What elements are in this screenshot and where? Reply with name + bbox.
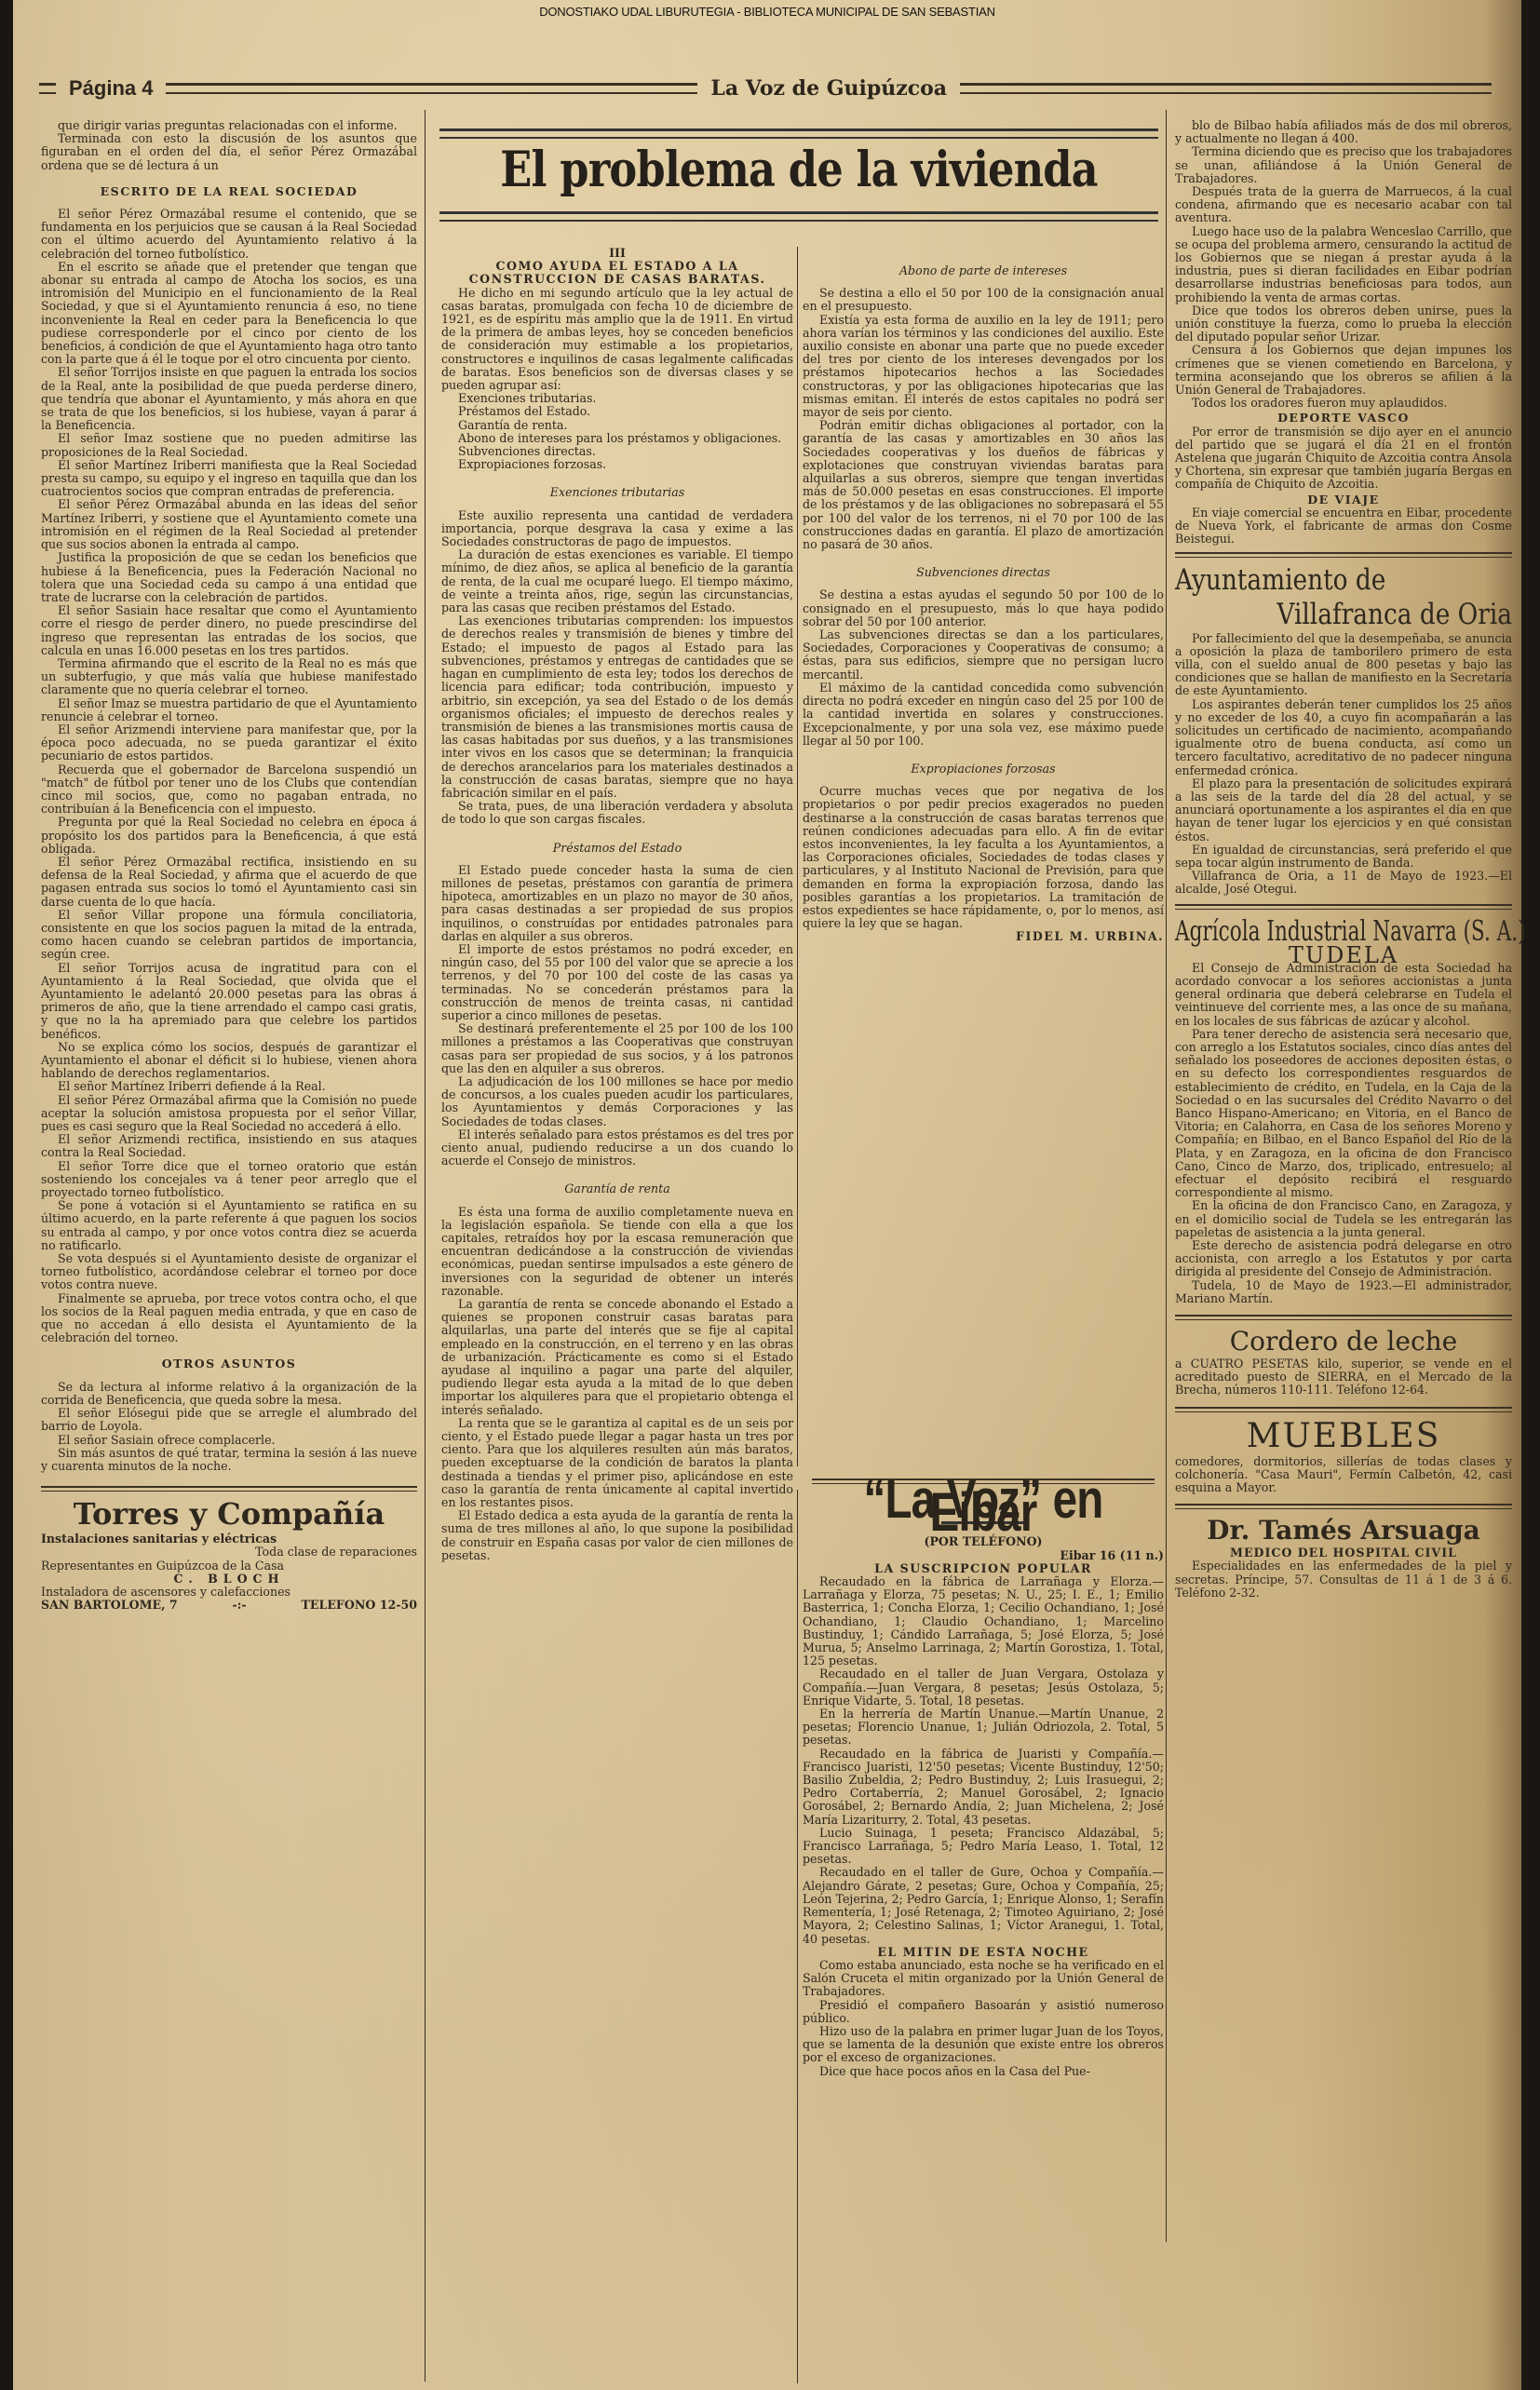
subscription-paragraph: Recaudado en la fábrica de Juaristi y Co… [803, 1748, 1164, 1827]
article-paragraph: Este auxilio representa una cantidad de … [441, 509, 793, 549]
article-paragraph: Existía ya esta forma de auxilio en la l… [803, 314, 1164, 420]
benefit-list-item: Subvenciones directas. [441, 445, 793, 458]
report-paragraph: El señor Pérez Ormazábal abunda en las i… [41, 498, 417, 551]
ad-text: Especialidades en las enfermedades de la… [1175, 1560, 1512, 1600]
ad-title: Dr. Tamés Arsuaga [1175, 1515, 1512, 1546]
column-divider [797, 1490, 798, 2383]
report-paragraph: El señor Arizmendi interviene para manif… [41, 723, 417, 763]
article-paragraph: Se trata, pues, de una liberación verdad… [441, 800, 793, 826]
report-paragraph: El señor Pérez Ormazábal afirma que la C… [41, 1094, 417, 1134]
ad-cordero: Cordero de leche a CUATRO PESETAS kilo, … [1175, 1326, 1512, 1398]
ad-title: MUEBLES [1175, 1418, 1512, 1455]
news-paragraph: Dice que hace pocos años en la Casa del … [803, 2065, 1164, 2078]
article-title-box: El problema de la vivienda [439, 128, 1158, 222]
article-paragraph: El máximo de la cantidad concedida como … [803, 682, 1164, 748]
news-paragraph: Presidió el compañero Basoarán y asistió… [803, 1999, 1164, 2025]
ad-divider [1175, 1407, 1512, 1412]
article-title: El problema de la vivienda [490, 142, 1108, 198]
news-paragraph: Termina diciendo que es preciso que los … [1175, 145, 1512, 185]
ad-phone: TELEFONO 12-50 [302, 1599, 417, 1612]
ad-divider [1175, 904, 1512, 910]
article-intro: He dicho en mi segundo artículo que la l… [441, 287, 793, 393]
article-paragraph: Se destina a ello el 50 por 100 de la co… [803, 287, 1164, 313]
report-paragraph: El señor Martínez Iriberri defiende á la… [41, 1080, 417, 1093]
column-council-report: que dirigir varias preguntas relacionada… [41, 119, 417, 1612]
ad-muebles: MUEBLES comedores, dormitorios, sillería… [1175, 1418, 1512, 1495]
newspaper-name: La Voz de Guipúzcoa [710, 76, 947, 101]
page-number: Página 4 [69, 76, 153, 101]
eibar-dateline: Eibar 16 (11 n.) [803, 1549, 1164, 1562]
ad-divider [1175, 1315, 1512, 1320]
ad-line: Representantes en Guipúzcoa de la Casa [41, 1560, 417, 1573]
ad-line: Instaladora de ascensores y calefaccione… [41, 1586, 417, 1599]
article-column-left: III COMO AYUDA EL ESTADO A LA CONSTRUCCI… [441, 247, 793, 1562]
benefit-list-item: Exenciones tributarias. [441, 392, 793, 405]
title-rule [439, 128, 1158, 139]
ad-divider [41, 1486, 417, 1492]
article-paragraph: La adjudicación de los 100 millones se h… [441, 1075, 793, 1128]
news-paragraph: Por error de transmisión se dijo ayer en… [1175, 425, 1512, 492]
ad-paragraph: En igualdad de circunstancias, será pref… [1175, 844, 1512, 870]
article-paragraph: Se destinará preferentemente el 25 por 1… [441, 1022, 793, 1075]
report-paragraph: El señor Torre dice que el torneo orator… [41, 1160, 417, 1200]
ad-divider [1175, 552, 1512, 558]
article-part: III [441, 247, 793, 260]
ad-paragraph: Este derecho de asistencia podrá delegar… [1175, 1239, 1512, 1279]
report-paragraph: El señor Pérez Ormazábal rectifica, insi… [41, 856, 417, 909]
report-paragraph: Recuerda que el gobernador de Barcelona … [41, 763, 417, 817]
article-paragraph: El interés señalado para estos préstamos… [441, 1128, 793, 1168]
article-column-right: Abono de parte de interesesSe destina a … [803, 250, 1164, 944]
article-paragraph: La garantía de renta se concede abonando… [441, 1298, 793, 1417]
ad-paragraph: Por fallecimiento del que la desempeñaba… [1175, 632, 1512, 698]
report-paragraph: que dirigir varias preguntas relacionada… [41, 119, 417, 132]
article-paragraph: Las subvenciones directas se dan a los p… [803, 628, 1164, 682]
ad-address: SAN BARTOLOME, 7 [41, 1599, 178, 1612]
ad-line: Instalaciones sanitarias y eléctricas [41, 1533, 417, 1546]
ad-title: Agrícola Industrial Navarra (S. A.) [1175, 915, 1418, 949]
article-paragraph: El Estado dedica a esta ayuda de la gara… [441, 1509, 793, 1562]
section-heading: DEPORTE VASCO [1175, 412, 1512, 425]
article-paragraph: La duración de estas exenciones es varia… [441, 548, 793, 614]
ad-text: comedores, dormitorios, sillerías de tod… [1175, 1455, 1512, 1495]
section-heading: OTROS ASUNTOS [41, 1357, 417, 1371]
article-paragraph: Podrán emitir dichas obligaciones al por… [803, 419, 1164, 551]
section-heading: LA SUSCRIPCION POPULAR [803, 1562, 1164, 1575]
article-section-title: Subvenciones directas [803, 566, 1164, 579]
article-paragraph: La renta que se le garantiza al capital … [441, 1417, 793, 1509]
article-paragraph: El Estado puede conceder hasta la suma d… [441, 864, 793, 943]
report-paragraph: El señor Imaz sostiene que no pueden adm… [41, 432, 417, 458]
ad-title: Villafranca de Oria [1225, 597, 1512, 632]
ad-title: Cordero de leche [1175, 1326, 1512, 1357]
ad-title: Torres y Compañía [41, 1495, 417, 1533]
ad-paragraph: Tudela, 10 de Mayo de 1923.—El administr… [1175, 1279, 1512, 1305]
article-section-title: Exenciones tributarias [441, 486, 793, 499]
column-right-news-ads: blo de Bilbao había afiliados más de dos… [1175, 119, 1512, 1600]
news-paragraph: Censura á los Gobiernos que dejan impune… [1175, 344, 1512, 397]
section-heading: EL MITIN DE ESTA NOCHE [803, 1946, 1164, 1959]
report-paragraph: El señor Sasiain hace resaltar que como … [41, 604, 417, 657]
ad-city: TUDELA [1175, 949, 1512, 962]
article-paragraph: El importe de estos préstamos no podrá e… [441, 943, 793, 1022]
ad-villafranca: Ayuntamiento de Villafranca de Oria Por … [1175, 563, 1512, 897]
article-subheading: COMO AYUDA EL ESTADO A LA CONSTRUCCION D… [441, 260, 793, 286]
report-paragraph: Pregunta por qué la Real Sociedad no cel… [41, 816, 417, 856]
ad-line: C. BLOCH [41, 1573, 417, 1586]
benefit-list-item: Abono de intereses para los préstamos y … [441, 432, 793, 445]
article-section-title: Abono de parte de intereses [803, 264, 1164, 277]
report-paragraph: El señor Imaz se muestra partidario de q… [41, 697, 417, 723]
subscription-paragraph: Recaudado en el taller de Juan Vergara, … [803, 1668, 1164, 1708]
title-rule [439, 211, 1158, 222]
ad-paragraph: En la oficina de don Francisco Cano, en … [1175, 1199, 1512, 1239]
column-divider [797, 247, 798, 1466]
benefit-list-item: Expropiaciones forzosas. [441, 458, 793, 471]
masthead: Página 4 La Voz de Guipúzcoa [39, 76, 1492, 101]
report-paragraph: Se pone á votación si el Ayuntamiento se… [41, 1199, 417, 1252]
report-paragraph: Se da lectura al informe relativo á la o… [41, 1381, 417, 1407]
report-paragraph: El señor Arizmendi rectifica, insistiend… [41, 1133, 417, 1159]
article-paragraph: Ocurre muchas veces que por negativa de … [803, 785, 1164, 930]
report-paragraph: El señor Torrijos insiste en que paguen … [41, 366, 417, 432]
report-paragraph: Sin más asuntos de qué tratar, termina l… [41, 1447, 417, 1473]
report-paragraph: El señor Pérez Ormazábal resume el conte… [41, 208, 417, 261]
ad-tames: Dr. Tamés Arsuaga MEDICO DEL HOSPITAL CI… [1175, 1515, 1512, 1600]
benefit-list-item: Garantía de renta. [441, 419, 793, 432]
ad-title: Ayuntamiento de [1175, 563, 1462, 597]
report-paragraph: El señor Elósegui pide que se arregle el… [41, 1407, 417, 1433]
ad-contact-row: SAN BARTOLOME, 7 -:- TELEFONO 12-50 [41, 1599, 417, 1612]
report-paragraph: Termina afirmando que el escrito de la R… [41, 657, 417, 697]
report-paragraph: El señor Martínez Iriberri manifiesta qu… [41, 459, 417, 499]
ad-paragraph: Para tener derecho de asistencia será ne… [1175, 1028, 1512, 1200]
ad-text: a CUATRO PESETAS kilo, superior, se vend… [1175, 1357, 1512, 1398]
report-paragraph: El señor Torrijos acusa de ingratitud pa… [41, 962, 417, 1041]
report-paragraph: No se explica cómo los socios, después d… [41, 1041, 417, 1081]
article-paragraph: Se destina a estas ayudas el segundo 50 … [803, 588, 1164, 628]
ad-subtitle: MEDICO DEL HOSPITAL CIVIL [1175, 1546, 1512, 1560]
article-paragraph: Es ésta una forma de auxilio completamen… [441, 1206, 793, 1298]
masthead-rule [960, 83, 1492, 94]
article-section-title: Garantía de renta [441, 1182, 793, 1195]
column-divider [1166, 110, 1167, 2242]
news-paragraph: Como estaba anunciado, esta noche se ha … [803, 1959, 1164, 1999]
news-paragraph: En viaje comercial se encuentra en Eibar… [1175, 506, 1512, 547]
masthead-rule [166, 83, 697, 94]
article-section-title: Préstamos del Estado [441, 842, 793, 855]
eibar-title: “La Voz” en Eibar [835, 1493, 1131, 1519]
news-paragraph: Después trata de la guerra de Marruecos,… [1175, 185, 1512, 225]
report-paragraph: El señor Sasiain ofrece complacerle. [41, 1434, 417, 1447]
news-paragraph: blo de Bilbao había afiliados más de dos… [1175, 119, 1512, 145]
masthead-rule [39, 83, 56, 94]
article-section-title: Expropiaciones forzosas [803, 763, 1164, 776]
article-signature: FIDEL M. URBINA. [803, 930, 1164, 943]
report-paragraph: Justifica la proposición de que se cedan… [41, 551, 417, 604]
report-paragraph: Finalmente se aprueba, por trece votos c… [41, 1292, 417, 1345]
ad-paragraph: El Consejo de Administración de esta Soc… [1175, 962, 1512, 1028]
benefit-list-item: Préstamos del Estado. [441, 405, 793, 418]
ad-line: Toda clase de reparaciones [41, 1546, 417, 1559]
ad-torres: Torres y Compañía Instalaciones sanitari… [41, 1495, 417, 1612]
subscription-paragraph: Recaudado en la fábrica de Larrañaga y E… [803, 1575, 1164, 1668]
article-paragraph: Las exenciones tributarias comprenden: l… [441, 614, 793, 800]
report-paragraph: En el escrito se añade que el pretender … [41, 261, 417, 367]
ad-paragraph: Los aspirantes deberán tener cumplidos l… [1175, 698, 1512, 777]
ad-agricola: Agrícola Industrial Navarra (S. A.) TUDE… [1175, 915, 1512, 1305]
library-watermark: DONOSTIAKO UDAL LIBURUTEGIA - BIBLIOTECA… [13, 5, 1521, 19]
section-heading: DE VIAJE [1175, 493, 1512, 506]
eibar-report: “La Voz” en Eibar (POR TELÉFONO) Eibar 1… [803, 1479, 1164, 2078]
news-paragraph: Hizo uso de la palabra en primer lugar J… [803, 2025, 1164, 2065]
news-paragraph: Dice que todos los obreros deben unirse,… [1175, 304, 1512, 344]
ad-paragraph: El plazo para la presentación de solicit… [1175, 777, 1512, 844]
news-paragraph: Todos los oradores fueron muy aplaudidos… [1175, 397, 1512, 410]
subscription-paragraph: Lucio Suinaga, 1 peseta; Francisco Aldaz… [803, 1827, 1164, 1867]
report-paragraph: Se vota después si el Ayuntamiento desis… [41, 1252, 417, 1292]
report-paragraph: El señor Villar propone una fórmula conc… [41, 909, 417, 962]
ad-separator: -:- [233, 1599, 247, 1612]
ad-divider [1175, 1504, 1512, 1509]
subscription-paragraph: Recaudado en el taller de Gure, Ochoa y … [803, 1866, 1164, 1945]
ad-paragraph: Villafranca de Oria, a 11 de Mayo de 192… [1175, 870, 1512, 896]
newspaper-page: DONOSTIAKO UDAL LIBURUTEGIA - BIBLIOTECA… [13, 0, 1521, 2390]
report-paragraph: Terminada con esto la discusión de los a… [41, 132, 417, 172]
subscription-paragraph: En la herrería de Martín Unanue.—Martín … [803, 1708, 1164, 1748]
section-heading: ESCRITO DE LA REAL SOCIEDAD [41, 185, 417, 198]
benefit-list: Exenciones tributarias.Préstamos del Est… [441, 392, 793, 471]
column-divider [425, 110, 426, 2382]
news-paragraph: Luego hace uso de la palabra Wenceslao C… [1175, 225, 1512, 304]
